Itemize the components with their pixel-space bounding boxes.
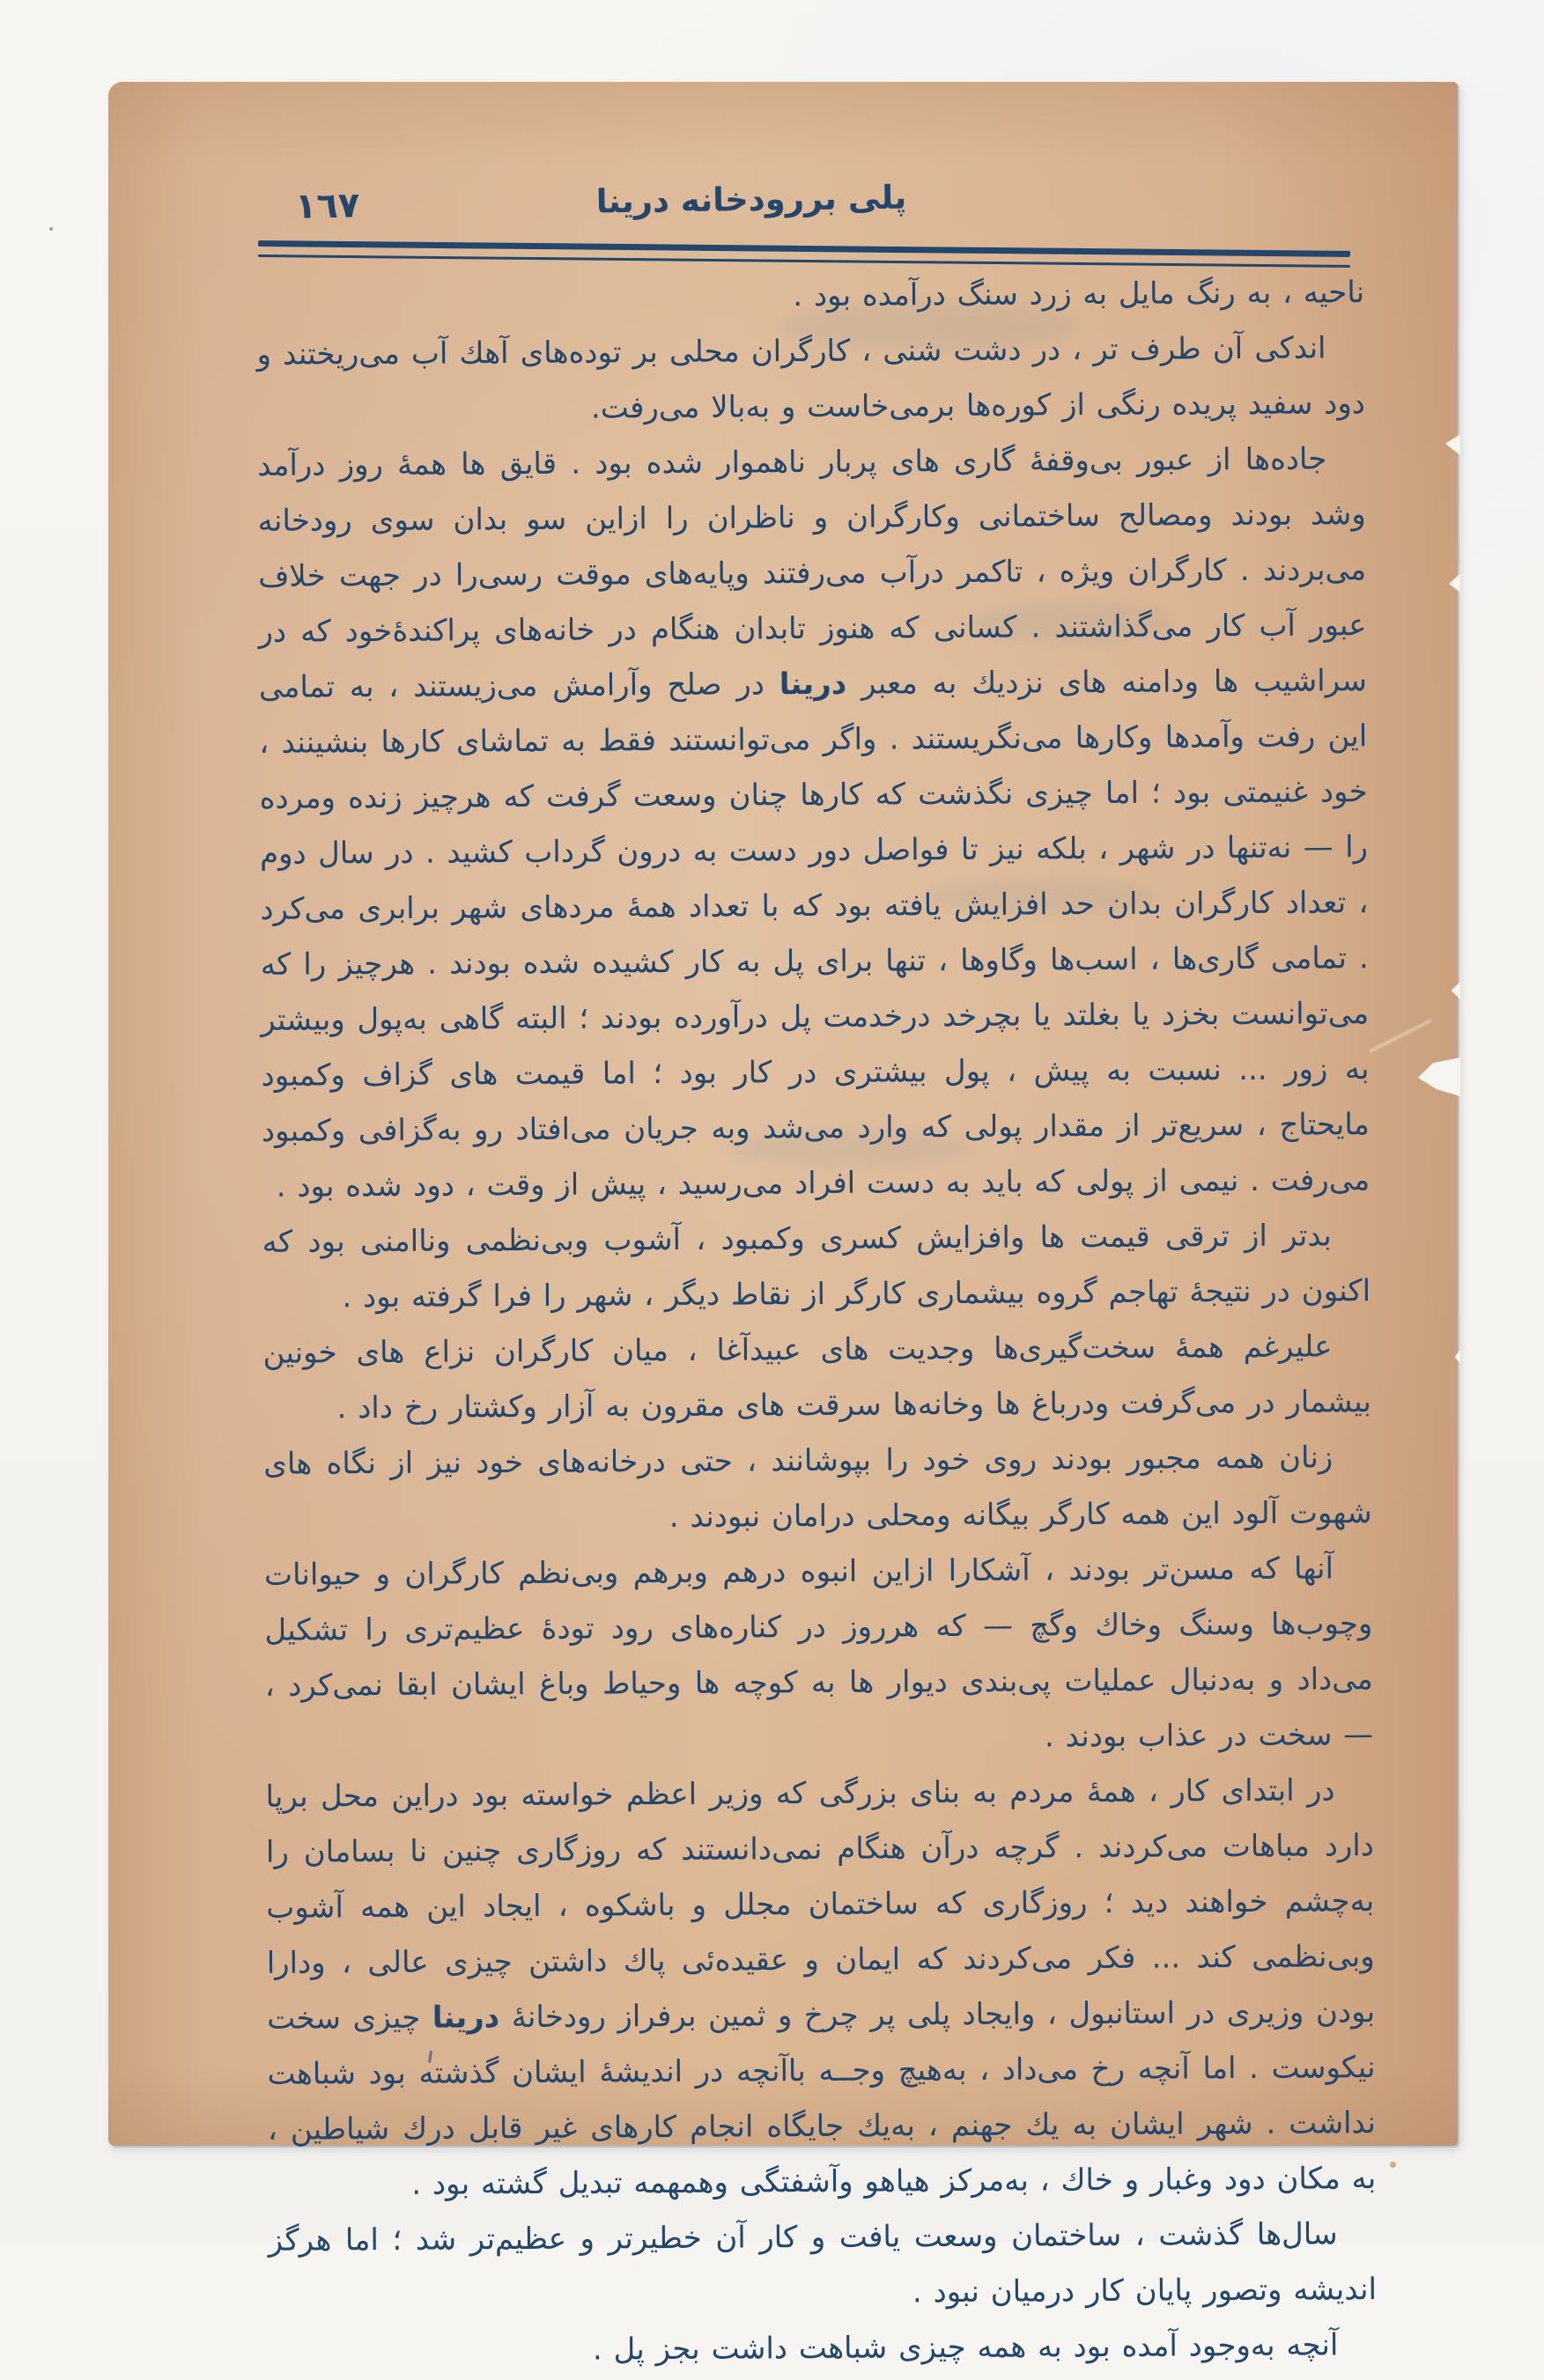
emphasized-word: درینا	[432, 2000, 500, 2035]
paragraph: در ابتدای کار ، همهٔ مردم به بنای بزرگی …	[265, 1763, 1376, 2214]
scanned-page: ١٦٧ پلی بررودخانه درینا ناحیه ، به رنگ م…	[108, 82, 1458, 2146]
header-rule	[258, 240, 1350, 268]
emphasized-word: درینا	[779, 667, 847, 702]
paper-crease	[1370, 1019, 1432, 1052]
paragraph: بدتر از ترقی قیمت ها وافزایش کسری وکمبود…	[262, 1208, 1371, 1326]
paper-tear	[1446, 573, 1460, 593]
paragraph-text: در صلح وآرامش می‌زیستند ، به تمامی این ر…	[259, 667, 1370, 1204]
paragraph: اندکی آن طرف تر ، در دشت شنی ، کارگران م…	[256, 321, 1365, 438]
paragraph-text: آنها که مسن‌تر بودند ، آشکارا ازاین انبو…	[264, 1551, 1373, 1754]
paper-tear	[1448, 982, 1460, 999]
paragraph: سال‌ها گذشت ، ساختمان وسعت یافت و کار آن…	[268, 2207, 1377, 2242]
paragraph-text: ناحیه ، به رنگ مایل به زرد سنگ درآمده بو…	[793, 275, 1364, 313]
text-block: ناحیه ، به رنگ مایل به زرد سنگ درآمده بو…	[256, 265, 1378, 2242]
header-rule-thick-line	[258, 240, 1350, 257]
page-number: ١٦٧	[295, 185, 360, 226]
paper-tear	[1416, 1057, 1460, 1096]
page-header-title: پلی بررودخانه درینا	[443, 176, 1060, 223]
paper-tear	[1452, 1350, 1460, 1364]
paragraph-text: علیرغم همهٔ سخت‌گیری‌ها وجدیت های عبیدآغ…	[262, 1329, 1371, 1426]
paragraph-text: اندکی آن طرف تر ، در دشت شنی ، کارگران م…	[256, 330, 1365, 425]
paragraph-text: زنان همه مجبور بودند روی خود را بپوشانند…	[263, 1440, 1372, 1535]
paragraph: آنها که مسن‌تر بودند ، آشکارا ازاین انبو…	[264, 1541, 1374, 1770]
paragraph-text: بدتر از ترقی قیمت ها وافزایش کسری وکمبود…	[262, 1218, 1371, 1315]
paragraph: زنان همه مجبور بودند روی خود را بپوشانند…	[263, 1430, 1372, 1548]
paragraph-text: جاده‌ها از عبور بی‌وقفهٔ گاری های پربار …	[257, 441, 1367, 701]
paragraph: جاده‌ها از عبور بی‌وقفهٔ گاری های پربار …	[257, 431, 1370, 1215]
paragraph: ناحیه ، به رنگ مایل به زرد سنگ درآمده بو…	[256, 265, 1364, 328]
paper-tear	[1443, 434, 1460, 455]
dust-speck	[1390, 2162, 1396, 2168]
dust-speck	[49, 227, 53, 231]
paragraph-text: سال‌ها گذشت ، ساختمان وسعت یافت و کار آن…	[269, 2216, 1378, 2242]
paragraph-text: در ابتدای کار ، همهٔ مردم به بنای بزرگی …	[265, 1772, 1375, 2035]
paragraph: علیرغم همهٔ سخت‌گیری‌ها وجدیت های عبیدآغ…	[262, 1319, 1371, 1437]
